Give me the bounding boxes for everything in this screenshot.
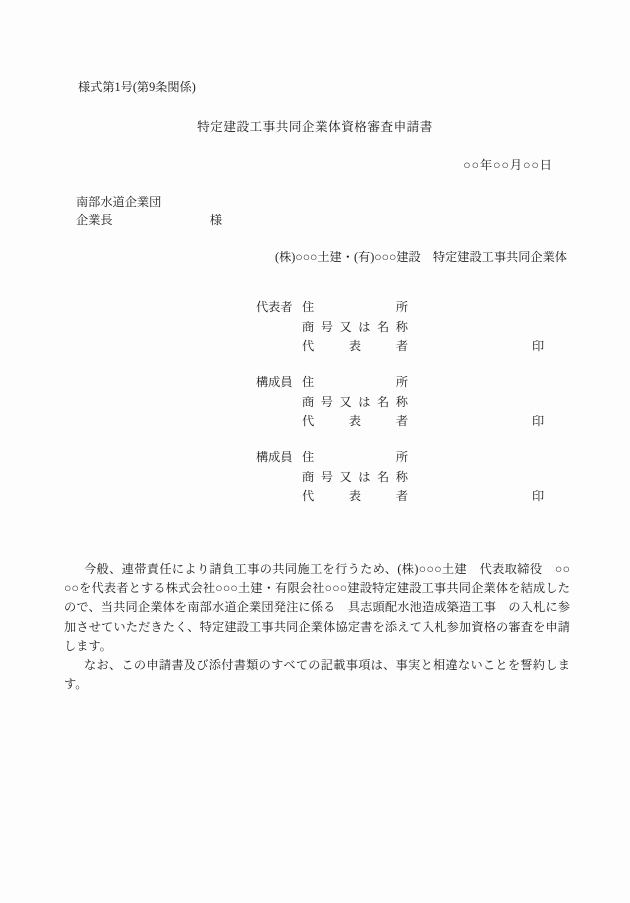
signature-block-member-2: 構成員 住所 商号又は名称 代表者 印 xyxy=(256,448,586,507)
addressee-organization: 南部水道企業団 xyxy=(76,193,222,211)
body-text: 今般、連帯責任により請負工事の共同施工を行うため、(株)○○○土建 代表取締役 … xyxy=(64,560,570,694)
address-field-label: 住所 xyxy=(302,298,408,318)
signature-block-representative: 代表者 住所 商号又は名称 代表者 印 xyxy=(256,298,586,357)
page-title: 特定建設工事共同企業体資格審査申請書 xyxy=(0,116,630,135)
company-name-field-label: 商号又は名称 xyxy=(302,318,408,338)
signature-block-member-1: 構成員 住所 商号又は名称 代表者 印 xyxy=(256,373,586,432)
addressee-title: 企業長 xyxy=(76,211,113,229)
signature-role-label: 構成員 xyxy=(256,448,293,468)
body-paragraph-1: 今般、連帯責任により請負工事の共同施工を行うため、(株)○○○土建 代表取締役 … xyxy=(64,560,570,656)
form-number: 様式第1号(第9条関係) xyxy=(78,78,196,95)
signature-row-representative: 代表者 印 xyxy=(256,487,586,507)
signature-row-address: 構成員 住所 xyxy=(256,373,586,393)
representative-field-label: 代表者 xyxy=(302,337,408,357)
address-field-label: 住所 xyxy=(302,373,408,393)
signature-row-name: 商号又は名称 xyxy=(256,393,586,413)
application-form-page: 様式第1号(第9条関係) 特定建設工事共同企業体資格審査申請書 ○○年○○月○○… xyxy=(0,0,630,903)
addressee-title-row: 企業長 様 xyxy=(76,211,222,229)
signature-row-name: 商号又は名称 xyxy=(256,468,586,488)
seal-mark: 印 xyxy=(532,412,544,432)
signature-row-address: 構成員 住所 xyxy=(256,448,586,468)
signature-role-label: 代表者 xyxy=(256,298,293,318)
representative-field-label: 代表者 xyxy=(302,487,408,507)
signature-row-representative: 代表者 印 xyxy=(256,412,586,432)
signature-row-name: 商号又は名称 xyxy=(256,318,586,338)
applicant-jv-name: (株)○○○土建・(有)○○○建設 特定建設工事共同企業体 xyxy=(275,248,567,265)
address-field-label: 住所 xyxy=(302,448,408,468)
representative-field-label: 代表者 xyxy=(302,412,408,432)
body-paragraph-2: なお、この申請書及び添付書類のすべての記載事項は、事実と相違ないことを誓約します… xyxy=(64,656,570,694)
seal-mark: 印 xyxy=(532,337,544,357)
addressee-honorific: 様 xyxy=(210,211,222,229)
company-name-field-label: 商号又は名称 xyxy=(302,468,408,488)
company-name-field-label: 商号又は名称 xyxy=(302,393,408,413)
signature-role-label: 構成員 xyxy=(256,373,293,393)
signature-row-address: 代表者 住所 xyxy=(256,298,586,318)
date-line: ○○年○○月○○日 xyxy=(463,156,553,173)
seal-mark: 印 xyxy=(532,487,544,507)
addressee-block: 南部水道企業団 企業長 様 xyxy=(76,193,222,229)
signature-row-representative: 代表者 印 xyxy=(256,337,586,357)
